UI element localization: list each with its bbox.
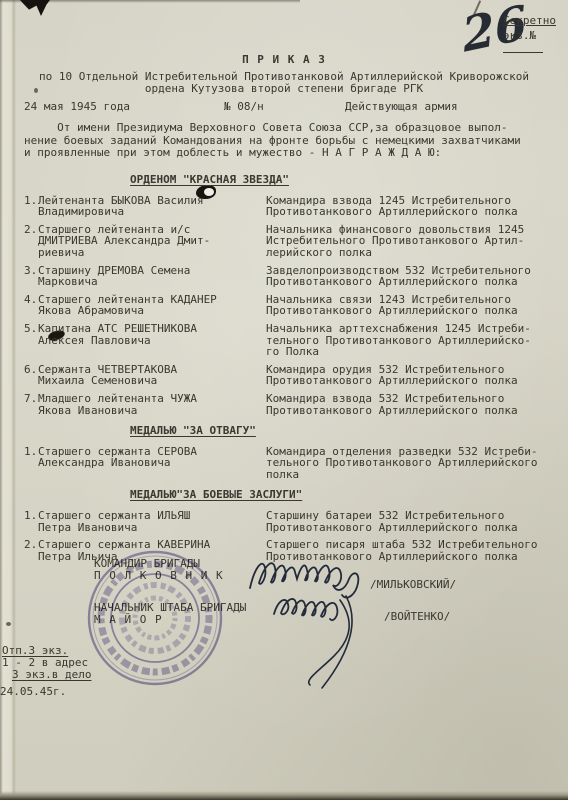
awardee-position: Командира орудия 532 Истребительного Про… (266, 364, 548, 387)
award-section: ОРДЕНОМ "КРАСНАЯ ЗВЕЗДА" 1. Лейтенанта Б… (24, 174, 548, 416)
item-number: 7. (24, 393, 38, 416)
preamble-line: От имени Президиума Верховного Совета Со… (24, 122, 554, 135)
distribution-note: Отп.3 экз. 1 - 2 в адрес 3 экз.в дело 24… (2, 645, 91, 698)
ink-blot-corner (20, 0, 50, 16)
signature-voitenko (270, 586, 390, 690)
award-list-item: 6. Сержанта ЧЕТВЕРТАКОВА Михаила Семенов… (24, 364, 548, 387)
item-number: 2. (24, 224, 38, 259)
awardee-name: Старшего сержанта СЕРОВА Александра Иван… (38, 446, 266, 481)
order-number: № 08/н (224, 100, 264, 113)
classification-block: Секретно экз.№ (503, 14, 568, 56)
awardee-position: Начальника арттехснабжения 1245 Истреби-… (266, 323, 548, 358)
order-title: П Р И К А З по 10 Отдельной Истребительн… (24, 54, 544, 95)
awardee-position: Начальника связи 1243 Истребительного Пр… (266, 294, 548, 317)
commander-surname: /МИЛЬКОВСКИЙ/ (370, 578, 456, 591)
award-list-item: 3. Старшину ДРЕМОВА Семена Марковича Зав… (24, 265, 548, 288)
dateline: 24 мая 1945 года № 08/н Действующая арми… (24, 100, 544, 113)
awardee-position: Завделопроизводством 532 Истребительного… (266, 265, 548, 288)
section-heading: ОРДЕНОМ "КРАСНАЯ ЗВЕЗДА" (130, 174, 548, 186)
round-ink-stamp (85, 548, 225, 688)
award-list-item: 4. Старшего лейтенанта КАДАНЕР Якова Абр… (24, 294, 548, 317)
awardee-position: Командира взвода 532 Истребительного Про… (266, 393, 548, 416)
section-heading: МЕДАЛЬЮ "ЗА ОТВАГУ" (130, 425, 548, 437)
award-sections: ОРДЕНОМ "КРАСНАЯ ЗВЕЗДА" 1. Лейтенанта Б… (24, 165, 548, 568)
footer-date: 24.05.45г. (0, 686, 91, 698)
secret-label: Секретно (503, 14, 568, 27)
award-items: 1. Старшего сержанта СЕРОВА Александра И… (24, 446, 548, 481)
award-list-item: 1. Старшего сержанта СЕРОВА Александра И… (24, 446, 548, 481)
order-title-line3: ордена Кутузова второй степени бригаде Р… (24, 83, 544, 95)
order-date: 24 мая 1945 года (24, 100, 130, 113)
copy-number-blank (503, 42, 543, 53)
award-list-item: 7. Младшего лейтенанта ЧУЖА Якова Иванов… (24, 393, 548, 416)
item-number: 4. (24, 294, 38, 317)
order-document: 26 Секретно экз.№ П Р И К А З по 10 Отде… (0, 0, 568, 800)
paper-speck (6, 622, 11, 626)
item-number: 1. (24, 446, 38, 481)
army-label: Действующая армия (345, 100, 458, 113)
awardee-position: Начальника финансового довольствия 1245 … (266, 224, 548, 259)
item-number: 1. (24, 510, 38, 533)
awardee-position: Командира отделения разведки 532 Истреби… (266, 446, 548, 481)
copy-label: экз.№ (503, 29, 536, 42)
award-list-item: 2. Старшего лейтенанта и/с ДМИТРИЕВА Але… (24, 224, 548, 259)
awardee-name: Младшего лейтенанта ЧУЖА Якова Ивановича (38, 393, 266, 416)
awardee-name: Сержанта ЧЕТВЕРТАКОВА Михаила Семеновича (38, 364, 266, 387)
chief-surname: /ВОЙТЕНКО/ (384, 610, 450, 623)
awardee-name: Старшего сержанта ИЛЬЯШ Петра Ивановича (38, 510, 266, 533)
order-title-word: П Р И К А З (24, 54, 544, 66)
award-list-item: 5. Капитана АТС РЕШЕТНИКОВА Алексея Павл… (24, 323, 548, 358)
copy-to-file: 3 экз.в дело (12, 669, 91, 681)
preamble-line: и проявленные при этом доблесть и мужест… (24, 147, 554, 160)
award-list-item: 1. Лейтенанта БЫКОВА Василия Владимирови… (24, 195, 548, 218)
awardee-position: Старшину батареи 532 Истребительного Про… (266, 510, 548, 533)
awardee-name: Старшего лейтенанта и/с ДМИТРИЕВА Алекса… (38, 224, 266, 259)
awardee-name: Старшину ДРЕМОВА Семена Марковича (38, 265, 266, 288)
awardee-name: Капитана АТС РЕШЕТНИКОВА Алексея Павлови… (38, 323, 266, 358)
award-items: 1. Лейтенанта БЫКОВА Василия Владимирови… (24, 195, 548, 417)
paper-bottom-edge (0, 791, 568, 800)
item-number: 2. (24, 539, 38, 562)
awardee-position: Командира взвода 1245 Истребительного Пр… (266, 195, 548, 218)
award-section: МЕДАЛЬЮ "ЗА ОТВАГУ" 1. Старшего сержанта… (24, 425, 548, 480)
item-number: 5. (24, 323, 38, 358)
award-list-item: 1. Старшего сержанта ИЛЬЯШ Петра Иванови… (24, 510, 548, 533)
section-heading: МЕДАЛЬЮ"ЗА БОЕВЫЕ ЗАСЛУГИ" (130, 489, 548, 501)
item-number: 1. (24, 195, 38, 218)
awardee-name: Лейтенанта БЫКОВА Василия Владимировича (38, 195, 266, 218)
item-number: 3. (24, 265, 38, 288)
preamble: От имени Президиума Верховного Совета Со… (24, 122, 554, 160)
awardee-name: Старшего лейтенанта КАДАНЕР Якова Абрамо… (38, 294, 266, 317)
item-number: 6. (24, 364, 38, 387)
